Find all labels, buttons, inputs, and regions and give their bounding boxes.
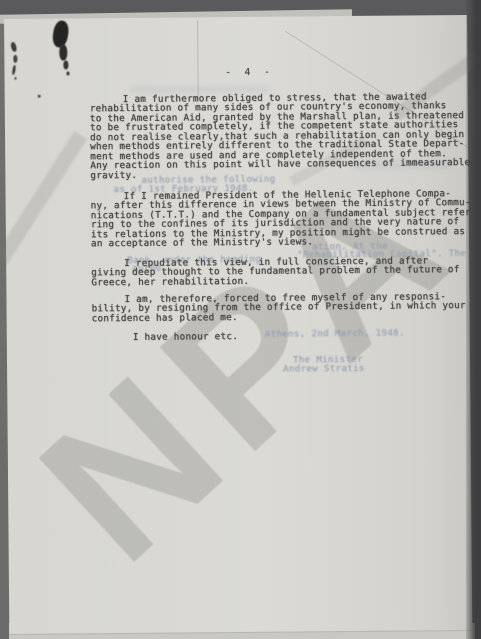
page-number: - 4 -: [209, 67, 289, 79]
paragraph-4: I am, therefore, forced to free myself o…: [91, 292, 465, 324]
margin-mark: [13, 55, 17, 63]
ink-speck: [38, 95, 41, 98]
ink-blot: [59, 44, 67, 60]
scanner-backdrop-right: [466, 0, 481, 639]
margin-mark: [15, 77, 17, 80]
watermark-stripe: [0, 131, 87, 266]
closing-line: I have honour etc.: [133, 332, 238, 342]
bleedthrough-date: Athens, 2nd March, 1948.: [265, 328, 405, 340]
ink-blot: [66, 71, 69, 75]
paragraph-2: If I remained President of the Hellenic …: [91, 189, 477, 249]
ink-blot: [63, 60, 68, 69]
bleedthrough-signature-name: Andrew Stratis: [283, 363, 365, 375]
paragraph-1: I am furthermore obliged to stress, that…: [90, 92, 471, 180]
scanned-document: NPA - 4 - I am furthermore obliged to st…: [0, 0, 481, 639]
margin-mark: [12, 65, 17, 75]
paragraph-3: I repudiate this view, in full conscienc…: [91, 256, 460, 288]
document-page: NPA - 4 - I am furthermore obliged to st…: [4, 15, 472, 635]
margin-mark: [10, 41, 17, 52]
